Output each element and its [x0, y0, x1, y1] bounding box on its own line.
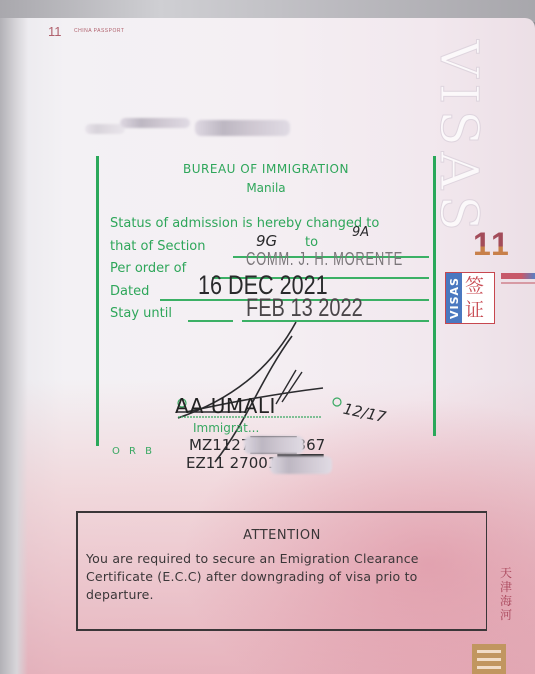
- visas-badge-en: VISAS: [446, 273, 462, 323]
- redacted-block: [270, 456, 332, 474]
- gold-emblem-icon: [472, 644, 506, 674]
- visa-page-number: 11: [473, 226, 511, 263]
- officer-title: Immigrat...: [193, 421, 259, 435]
- officer-name: AA UMALI: [175, 394, 276, 418]
- passport-security-strip: [501, 273, 535, 279]
- side-caption-zh: 天津 海河: [500, 566, 514, 622]
- orb-label: O R B: [112, 446, 155, 457]
- passport-security-text: [501, 282, 535, 284]
- attention-title: ATTENTION: [78, 528, 486, 543]
- attention-notice-stamp: ATTENTION You are required to secure an …: [76, 511, 487, 631]
- attention-body: You are required to secure an Emigration…: [86, 550, 484, 604]
- redacted-block: [244, 436, 304, 454]
- visas-badge: VISAS 签证: [445, 272, 495, 324]
- visas-badge-zh: 签证: [465, 274, 494, 322]
